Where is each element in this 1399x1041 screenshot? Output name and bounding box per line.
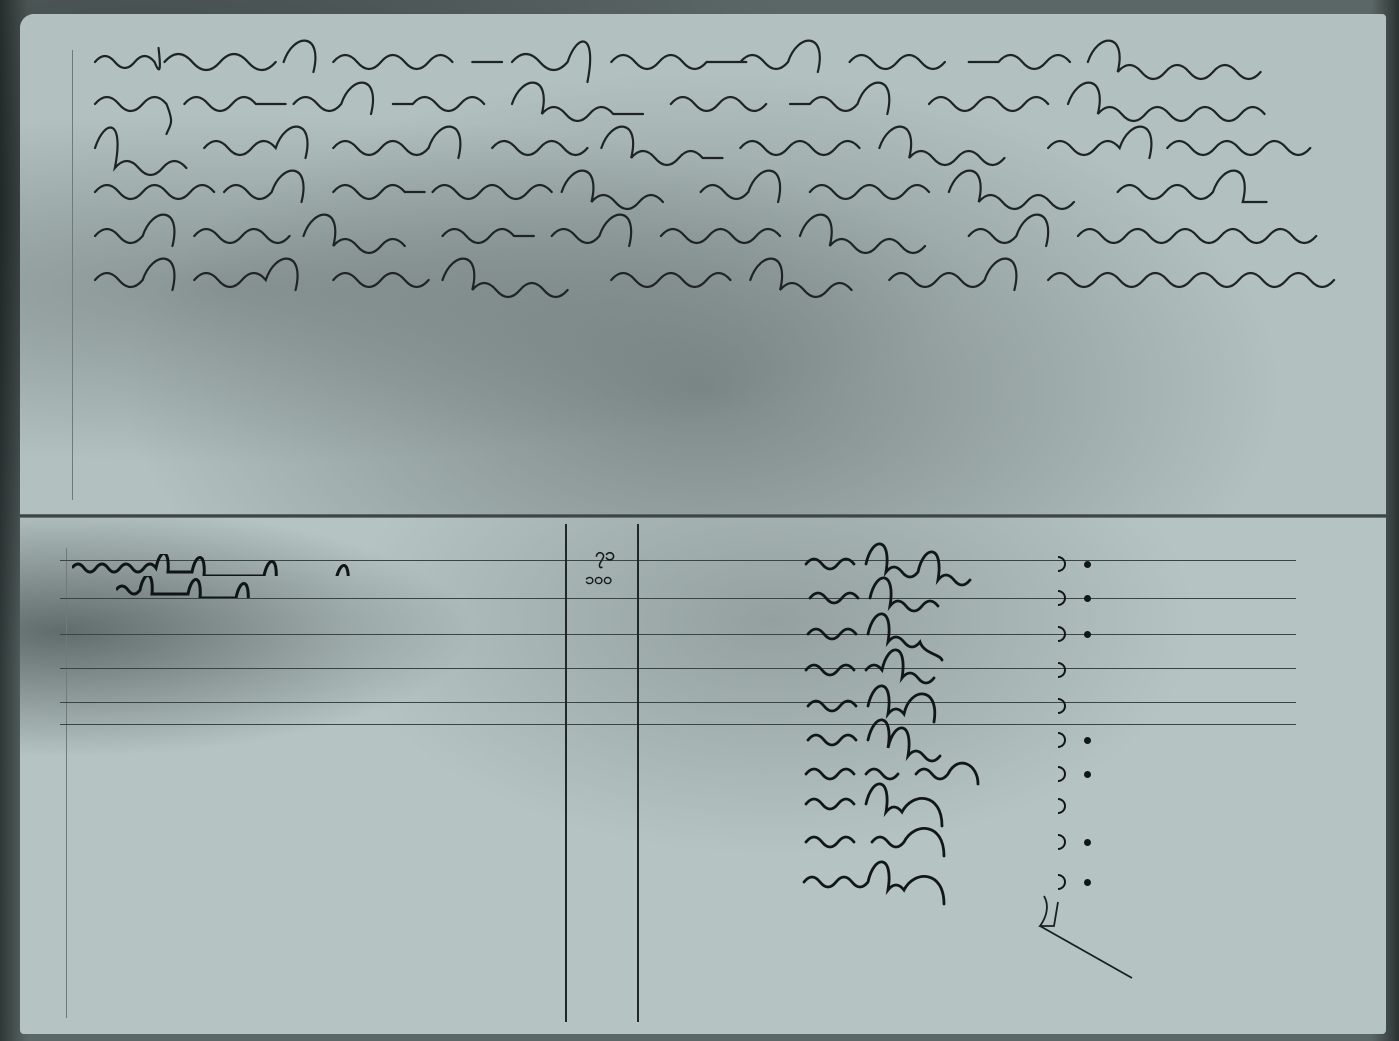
ledger-rule [60, 724, 1296, 725]
ledger-left-margin [66, 548, 67, 1018]
tally-mark [1058, 588, 1118, 608]
hook-mark-icon [1058, 766, 1066, 782]
ledger-entry: entry 3 [796, 616, 1016, 646]
ledger-entry: entry 4 [796, 652, 1016, 682]
ledger-entry: entry 7 [796, 756, 1016, 786]
ledger-entry: entry 1 [796, 546, 1016, 576]
hook-mark-icon [1058, 834, 1066, 850]
ledger-section: printed heading line 1 (bold Burmese scr… [20, 518, 1386, 1034]
tally-mark [1058, 624, 1118, 644]
hook-mark-icon [1058, 798, 1066, 814]
hook-mark-icon [1058, 662, 1066, 678]
manuscript-sheet: script line 1 script line 2 script line … [20, 14, 1386, 1034]
ledger-entry: entry 9 [796, 824, 1016, 854]
ledger-heading-line-1: printed heading line 1 (bold Burmese scr… [72, 554, 472, 576]
column-rule-left [565, 524, 567, 1022]
ledger-entry: entry 8 [796, 786, 1016, 816]
tally-mark [1058, 796, 1118, 816]
dot-mark-icon [1084, 771, 1091, 778]
script-line-6: script line 6 [95, 262, 1346, 296]
script-line-1: script line 1 [95, 44, 1346, 78]
column-rule-right [637, 524, 639, 1022]
upper-text-section: script line 1 script line 2 script line … [20, 14, 1386, 514]
script-line-3: script line 3 [95, 130, 1346, 164]
hook-mark-icon [1058, 732, 1066, 748]
dot-mark-icon [1084, 879, 1091, 886]
hook-mark-icon [1058, 626, 1066, 642]
dot-mark-icon [1084, 595, 1091, 602]
ledger-entry: entry 6 [796, 722, 1016, 752]
tally-mark [1058, 660, 1118, 680]
script-line-5: script line 5 [95, 218, 1346, 252]
ledger-entry: entry 2 [796, 580, 1016, 610]
tally-mark [1058, 696, 1118, 716]
dot-mark-icon [1084, 561, 1091, 568]
tally-mark [1058, 730, 1118, 750]
tally-mark [1058, 764, 1118, 784]
script-line-4: script line 4 [95, 174, 1346, 208]
dot-mark-icon [1084, 631, 1091, 638]
hook-mark-icon [1058, 556, 1066, 572]
numeral-100: ၁၀၀ [585, 568, 612, 592]
script-line-2: script line 2 [95, 86, 1346, 120]
ledger-entry: entry 5 [796, 688, 1016, 718]
ledger-heading-line-2: printed heading line 2 (bold Burmese scr… [116, 576, 376, 598]
hook-mark-icon [1058, 590, 1066, 606]
dot-mark-icon [1084, 839, 1091, 846]
numeral-71: ၇၁ [595, 542, 615, 569]
tally-mark [1058, 832, 1118, 852]
ledger-entry: entry 10 [796, 864, 1016, 894]
dot-mark-icon [1084, 737, 1091, 744]
stray-pen-stroke [1032, 886, 1142, 986]
hook-mark-icon [1058, 698, 1066, 714]
tally-mark [1058, 554, 1118, 574]
left-margin-rule [72, 50, 73, 500]
